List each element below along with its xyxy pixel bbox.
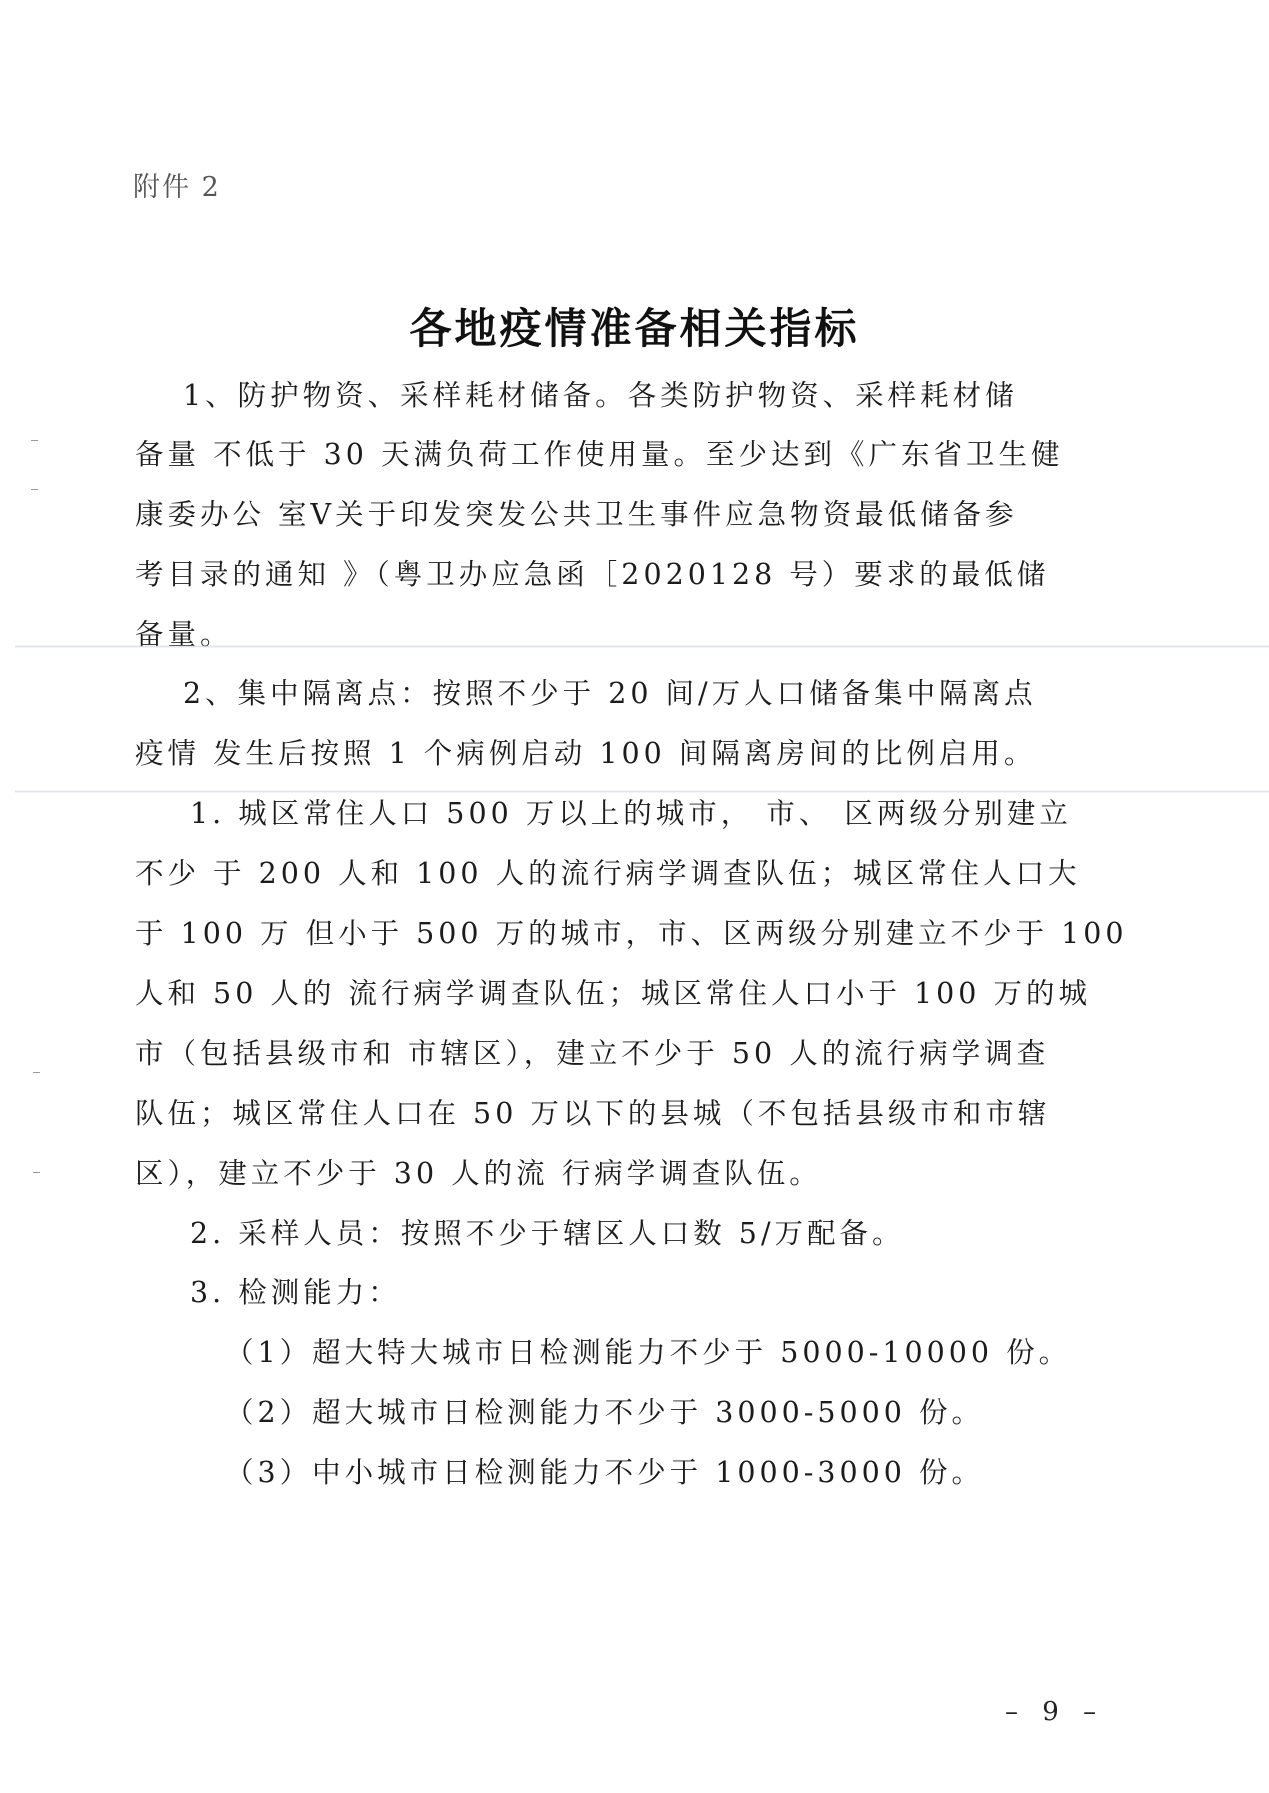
scan-artifact-mark <box>33 1172 40 1173</box>
body-line: 人和 50 人的 流行病学调查队伍；城区常住人口小于 100 万的城 <box>135 971 1091 1012</box>
body-line: （3）中小城市日检测能力不少于 1000-3000 份。 <box>225 1450 984 1491</box>
body-line: 2、集中隔离点：按照不少于 20 间/万人口储备集中隔离点 <box>183 671 1037 712</box>
scan-artifact-mark <box>33 1072 40 1073</box>
page-number: – 9 – <box>1005 1697 1104 1727</box>
body-line: 区），建立不少于 30 人的流 行病学调查队伍。 <box>135 1151 822 1192</box>
body-line: （2）超大城市日检测能力不少于 3000-5000 份。 <box>225 1390 984 1431</box>
attachment-label: 附件 2 <box>133 165 221 204</box>
body-line: 考目录的通知 》（粤卫办应急函［2020128 号）要求的最低储 <box>135 552 1049 593</box>
body-line: 1. 城区常住人口 500 万以上的城市， 市、 区两级分别建立 <box>190 791 1072 832</box>
body-line: 于 100 万 但小于 500 万的城市，市、区两级分别建立不少于 100 <box>135 911 1128 952</box>
scan-artifact-mark <box>31 440 38 441</box>
scan-artifact-line <box>15 645 1269 648</box>
body-line: 疫情 发生后按照 1 个病例启动 100 间隔离房间的比例启用。 <box>135 731 1036 772</box>
body-line: 1、防护物资、采样耗材储备。各类防护物资、采样耗材储 <box>183 373 1018 414</box>
body-line: 市（包括县级市和 市辖区），建立不少于 50 人的流行病学调查 <box>135 1031 1049 1072</box>
scan-artifact-mark <box>31 489 38 490</box>
body-line: （1）超大特大城市日检测能力不少于 5000-10000 份。 <box>225 1330 1071 1371</box>
body-line: 3. 检测能力： <box>190 1270 401 1311</box>
body-line: 队伍；城区常住人口在 50 万以下的县城（不包括县级市和市辖 <box>135 1091 1050 1132</box>
body-line: 不少 于 200 人和 100 人的流行病学调查队伍；城区常住人口大 <box>135 851 1081 892</box>
scan-artifact-line <box>15 790 1269 793</box>
body-line: 康委办公 室V关于印发突发公共卫生事件应急物资最低储备参 <box>135 492 1018 533</box>
body-line: 2. 采样人员：按照不少于辖区人口数 5/万配备。 <box>190 1211 905 1252</box>
body-line: 备量 不低于 30 天满负荷工作使用量。至少达到《广东省卫生健 <box>135 432 1063 473</box>
document-title: 各地疫情准备相关指标 <box>0 296 1269 356</box>
